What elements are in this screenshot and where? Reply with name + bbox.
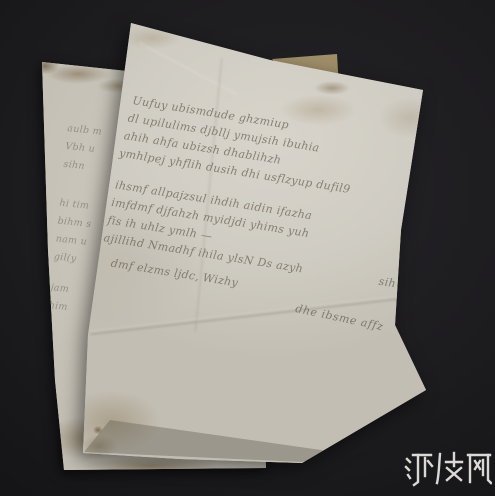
top-sheet-shadow-wrap: Uufuy ubismdude ghzmiup dl upilulims djb… — [0, 0, 495, 496]
site-watermark — [404, 445, 492, 489]
screenshot-root: aulb m Vbh u sihn hi tim bihm s nam u gi… — [0, 0, 495, 496]
watermark-glyphs — [404, 445, 492, 489]
letter-text: Uufuy ubismdude ghzmiup dl upilulims djb… — [106, 92, 441, 320]
letter-line-fragment: sih f — [377, 273, 405, 295]
paper-sheet-top: Uufuy ubismdude ghzmiup dl upilulims djb… — [0, 0, 495, 496]
